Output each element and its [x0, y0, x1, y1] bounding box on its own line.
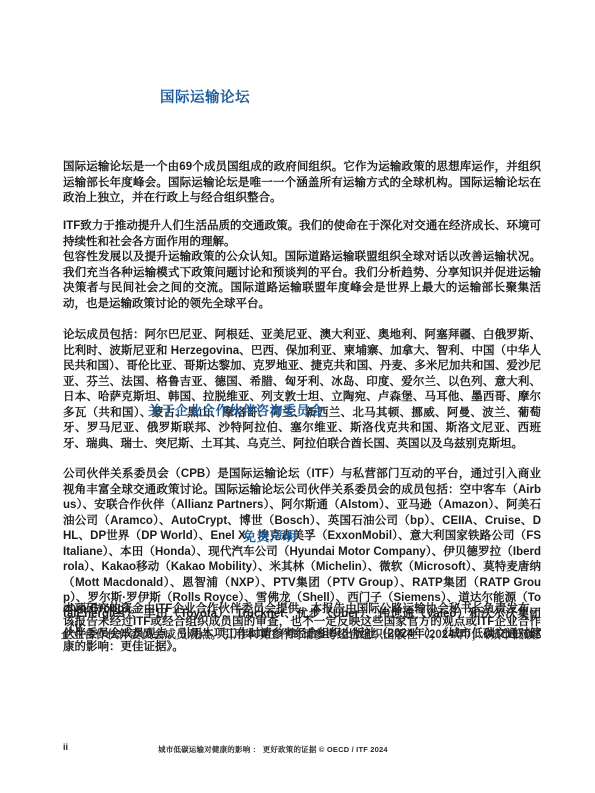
paragraph-itf-mission: ITF致力于推动提升人们生活品质的交通政策。我们的使命在于深化对交通在经济成长、… — [63, 219, 541, 250]
overlapping-text-citation-doubleprint: 企业合作伙伴委员会成员观点。引用本项工作时请参考经合组织出版社（2024年），《… — [61, 626, 541, 642]
overlapping-heading-disclaimer: 免责声明 — [243, 526, 297, 545]
document-page: 国际运输论坛 国际运输论坛是一个由69个成员国组成的政府间组织。它作为运输政策的… — [0, 0, 595, 793]
paragraph-member-countries: 论坛成员包括：阿尔巴尼亚、阿根廷、亚美尼亚、澳大利亚、奥地利、阿塞拜疆、白俄罗斯… — [63, 328, 541, 452]
footer-running-title: 城市低碳运输对健康的影响 ： 更好政策的证据 © OECD / ITF 2024 — [158, 744, 388, 755]
page-footer: ii 城市低碳运输对健康的影响 ： 更好政策的证据 © OECD / ITF 2… — [0, 742, 595, 756]
overlapping-heading-corporate-partnership-board: 关于企业合作伙伴咨询委员会 — [148, 400, 324, 419]
paragraph-itf-outreach: 包容性发展以及提升运输政策的公众认知。国际道路运输联盟组织全球对话以改善运输状况… — [63, 250, 541, 312]
paragraph-itf-intro: 国际运输论坛是一个由69个成员国组成的政府间组织。它作为运输政策的思想库运作，并… — [63, 160, 541, 207]
footer-page-number: ii — [63, 742, 68, 752]
page-title: 国际运输论坛 — [160, 86, 250, 107]
